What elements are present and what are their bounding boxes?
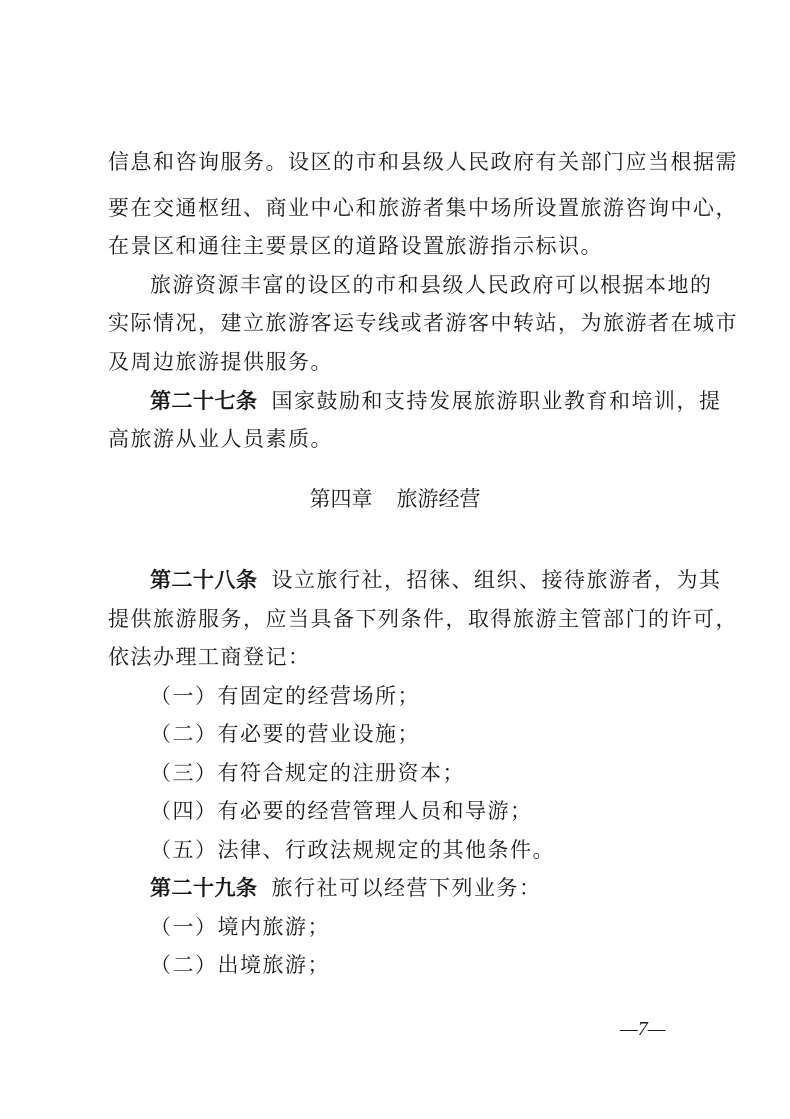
article-title: 第二十八条 [150,568,258,592]
article-28: 第二十八条设立旅行社，招徕、组织、接待旅游者，为其 [150,565,698,595]
paragraph-line: 实际情况，建立旅游客运专线或者游客中转站，为旅游者在城市 [108,308,698,338]
article-title: 第二十九条 [150,876,258,900]
article-title: 第二十七条 [150,389,258,413]
article-text: 设立旅行社，招徕、组织、接待旅游者，为其 [272,568,722,592]
list-item: （一）有固定的经营场所； [150,681,740,711]
article-29: 第二十九条旅行社可以经营下列业务： [150,873,740,903]
paragraph-line: 要在交通枢纽、商业中心和旅游者集中场所设置旅游咨询中心， [108,193,698,223]
paragraph-line: 提供旅游服务，应当具备下列条件，取得旅游主管部门的许可， [108,604,698,634]
list-item: （一）境内旅游； [150,912,740,942]
paragraph-line: 信息和咨询服务。设区的市和县级人民政府有关部门应当根据需 [108,147,698,177]
list-item: （二）出境旅游； [150,950,740,980]
article-text: 旅行社可以经营下列业务： [272,876,542,900]
chapter-heading: 第四章旅游经营 [0,484,790,514]
paragraph-line: 在景区和通往主要景区的道路设置旅游指示标识。 [108,231,698,261]
paragraph-line: 高旅游从业人员素质。 [108,424,698,454]
chapter-title: 旅游经营 [397,487,481,511]
paragraph-line: 旅游资源丰富的设区的市和县级人民政府可以根据本地的 [150,270,698,300]
list-item: （二）有必要的营业设施； [150,719,740,749]
page-number: —7— [620,1018,666,1041]
paragraph-line: 及周边旅游提供服务。 [108,347,698,377]
chapter-number: 第四章 [310,487,373,511]
list-item: （五）法律、行政法规规定的其他条件。 [150,835,740,865]
article-text: 国家鼓励和支持发展旅游职业教育和培训，提 [272,389,722,413]
list-item: （四）有必要的经营管理人员和导游； [150,796,740,826]
paragraph-line: 依法办理工商登记： [108,642,698,672]
list-item: （三）有符合规定的注册资本； [150,758,740,788]
article-27: 第二十七条国家鼓励和支持发展旅游职业教育和培训，提 [150,386,698,416]
